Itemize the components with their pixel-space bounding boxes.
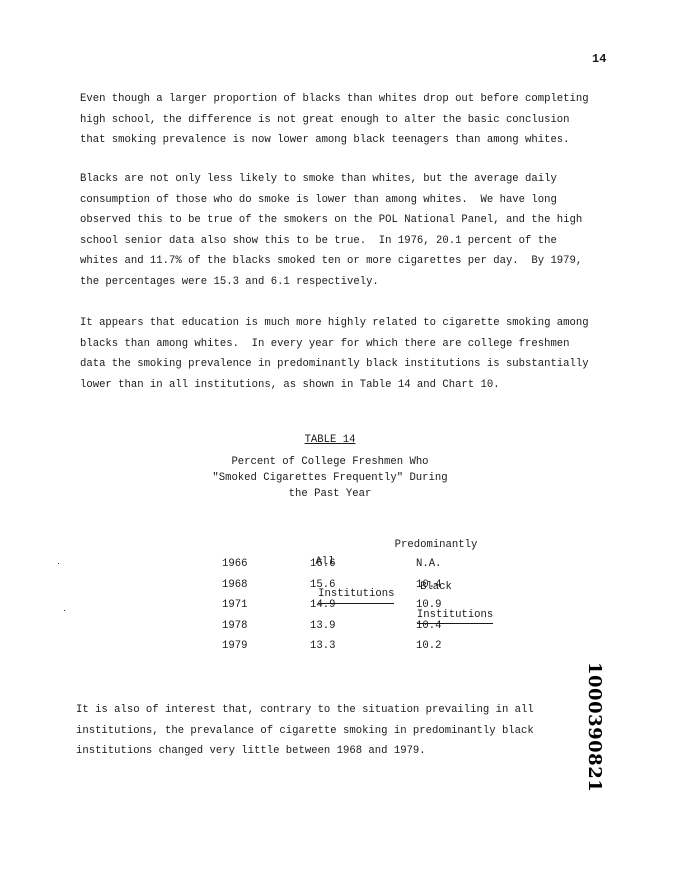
table-row: 1968 15.6 10.4 [180, 579, 520, 600]
cell-all-institutions: 14.9 [310, 599, 335, 611]
cell-all-institutions: 13.9 [310, 620, 335, 632]
cell-year: 1979 [222, 640, 247, 652]
table-row: 1979 13.3 10.2 [180, 640, 520, 661]
table-title: TABLE 14 [180, 434, 480, 446]
cell-black-institutions: 10.4 [416, 579, 441, 591]
cell-black-institutions: 10.9 [416, 599, 441, 611]
cell-year: 1978 [222, 620, 247, 632]
document-id-stamp: 1000390821 [584, 662, 605, 792]
cell-all-institutions: 15.6 [310, 579, 335, 591]
cell-all-institutions: 13.3 [310, 640, 335, 652]
cell-all-institutions: 16.6 [310, 558, 335, 570]
cell-black-institutions: 10.4 [416, 620, 441, 632]
paragraph-daily-consumption: Blacks are not only less likely to smoke… [80, 169, 625, 293]
table-caption: Percent of College Freshmen Who "Smoked … [180, 454, 480, 502]
paragraph-prevalence-change: It is also of interest that, contrary to… [76, 700, 621, 762]
paragraph-dropout: Even though a larger proportion of black… [80, 89, 625, 151]
cell-black-institutions: 10.2 [416, 640, 441, 652]
table-row: 1978 13.9 10.4 [180, 620, 520, 641]
table-row: 1971 14.9 10.9 [180, 599, 520, 620]
cell-year: 1966 [222, 558, 247, 570]
table-row: 1966 16.6 N.A. [180, 558, 520, 579]
scan-speck [58, 563, 59, 564]
table-body: 1966 16.6 N.A. 1968 15.6 10.4 1971 14.9 … [180, 558, 520, 661]
cell-year: 1968 [222, 579, 247, 591]
cell-year: 1971 [222, 599, 247, 611]
page-number: 14 [592, 52, 606, 66]
column-header-black-line1: Predominantly [376, 538, 496, 552]
scan-speck [64, 610, 65, 611]
cell-black-institutions: N.A. [416, 558, 441, 570]
paragraph-education: It appears that education is much more h… [80, 313, 625, 395]
